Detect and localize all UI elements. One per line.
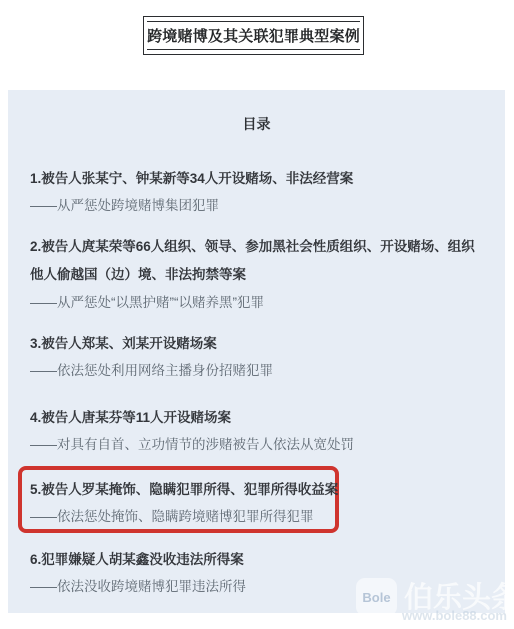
watermark: Bole 伯乐头条 www.bole88.com — [344, 575, 514, 627]
case-title: 6.犯罪嫌疑人胡某鑫没收违法所得案 — [30, 546, 480, 573]
case-subtitle: ——从严惩处“以黑护赌”“以赌养黑”犯罪 — [30, 289, 480, 316]
header-title-box: 跨境赌博及其关联犯罪典型案例 — [143, 16, 364, 55]
toc-item-1: 1.被告人张某宁、钟某新等34人开设赌场、非法经营案 ——从严惩处跨境赌博集团犯… — [30, 165, 480, 219]
toc-item-5: 5.被告人罗某掩饰、隐瞒犯罪所得、犯罪所得收益案 ——依法惩处掩饰、隐瞒跨境赌博… — [30, 476, 480, 530]
case-subtitle: ——对具有自首、立功情节的涉赌被告人依法从宽处罚 — [30, 431, 480, 458]
page: 跨境赌博及其关联犯罪典型案例 目录 1.被告人张某宁、钟某新等34人开设赌场、非… — [0, 0, 514, 629]
case-title: 1.被告人张某宁、钟某新等34人开设赌场、非法经营案 — [30, 165, 480, 192]
toc-item-3: 3.被告人郑某、刘某开设赌场案 ——依法惩处利用网络主播身份招赌犯罪 — [30, 330, 480, 384]
watermark-logo-text: Bole — [362, 590, 390, 605]
watermark-logo-icon: Bole — [356, 578, 397, 616]
toc-item-2: 2.被告人庹某荣等66人组织、领导、参加黑社会性质组织、开设赌场、组织他人偷越国… — [30, 233, 480, 316]
case-subtitle: ——从严惩处跨境赌博集团犯罪 — [30, 192, 480, 219]
case-subtitle: ——依法惩处利用网络主播身份招赌犯罪 — [30, 357, 480, 384]
case-title: 5.被告人罗某掩饰、隐瞒犯罪所得、犯罪所得收益案 — [30, 476, 480, 503]
case-title: 4.被告人唐某芬等11人开设赌场案 — [30, 404, 480, 431]
case-title: 3.被告人郑某、刘某开设赌场案 — [30, 330, 480, 357]
page-title: 跨境赌博及其关联犯罪典型案例 — [147, 25, 360, 46]
toc-heading: 目录 — [8, 114, 505, 134]
toc-item-4: 4.被告人唐某芬等11人开设赌场案 ——对具有自首、立功情节的涉赌被告人依法从宽… — [30, 404, 480, 458]
case-subtitle: ——依法惩处掩饰、隐瞒跨境赌博犯罪所得犯罪 — [30, 503, 480, 530]
case-title: 2.被告人庹某荣等66人组织、领导、参加黑社会性质组织、开设赌场、组织他人偷越国… — [30, 233, 480, 289]
watermark-url: www.bole88.com — [402, 608, 507, 623]
header-title-inner-rules: 跨境赌博及其关联犯罪典型案例 — [147, 21, 360, 50]
